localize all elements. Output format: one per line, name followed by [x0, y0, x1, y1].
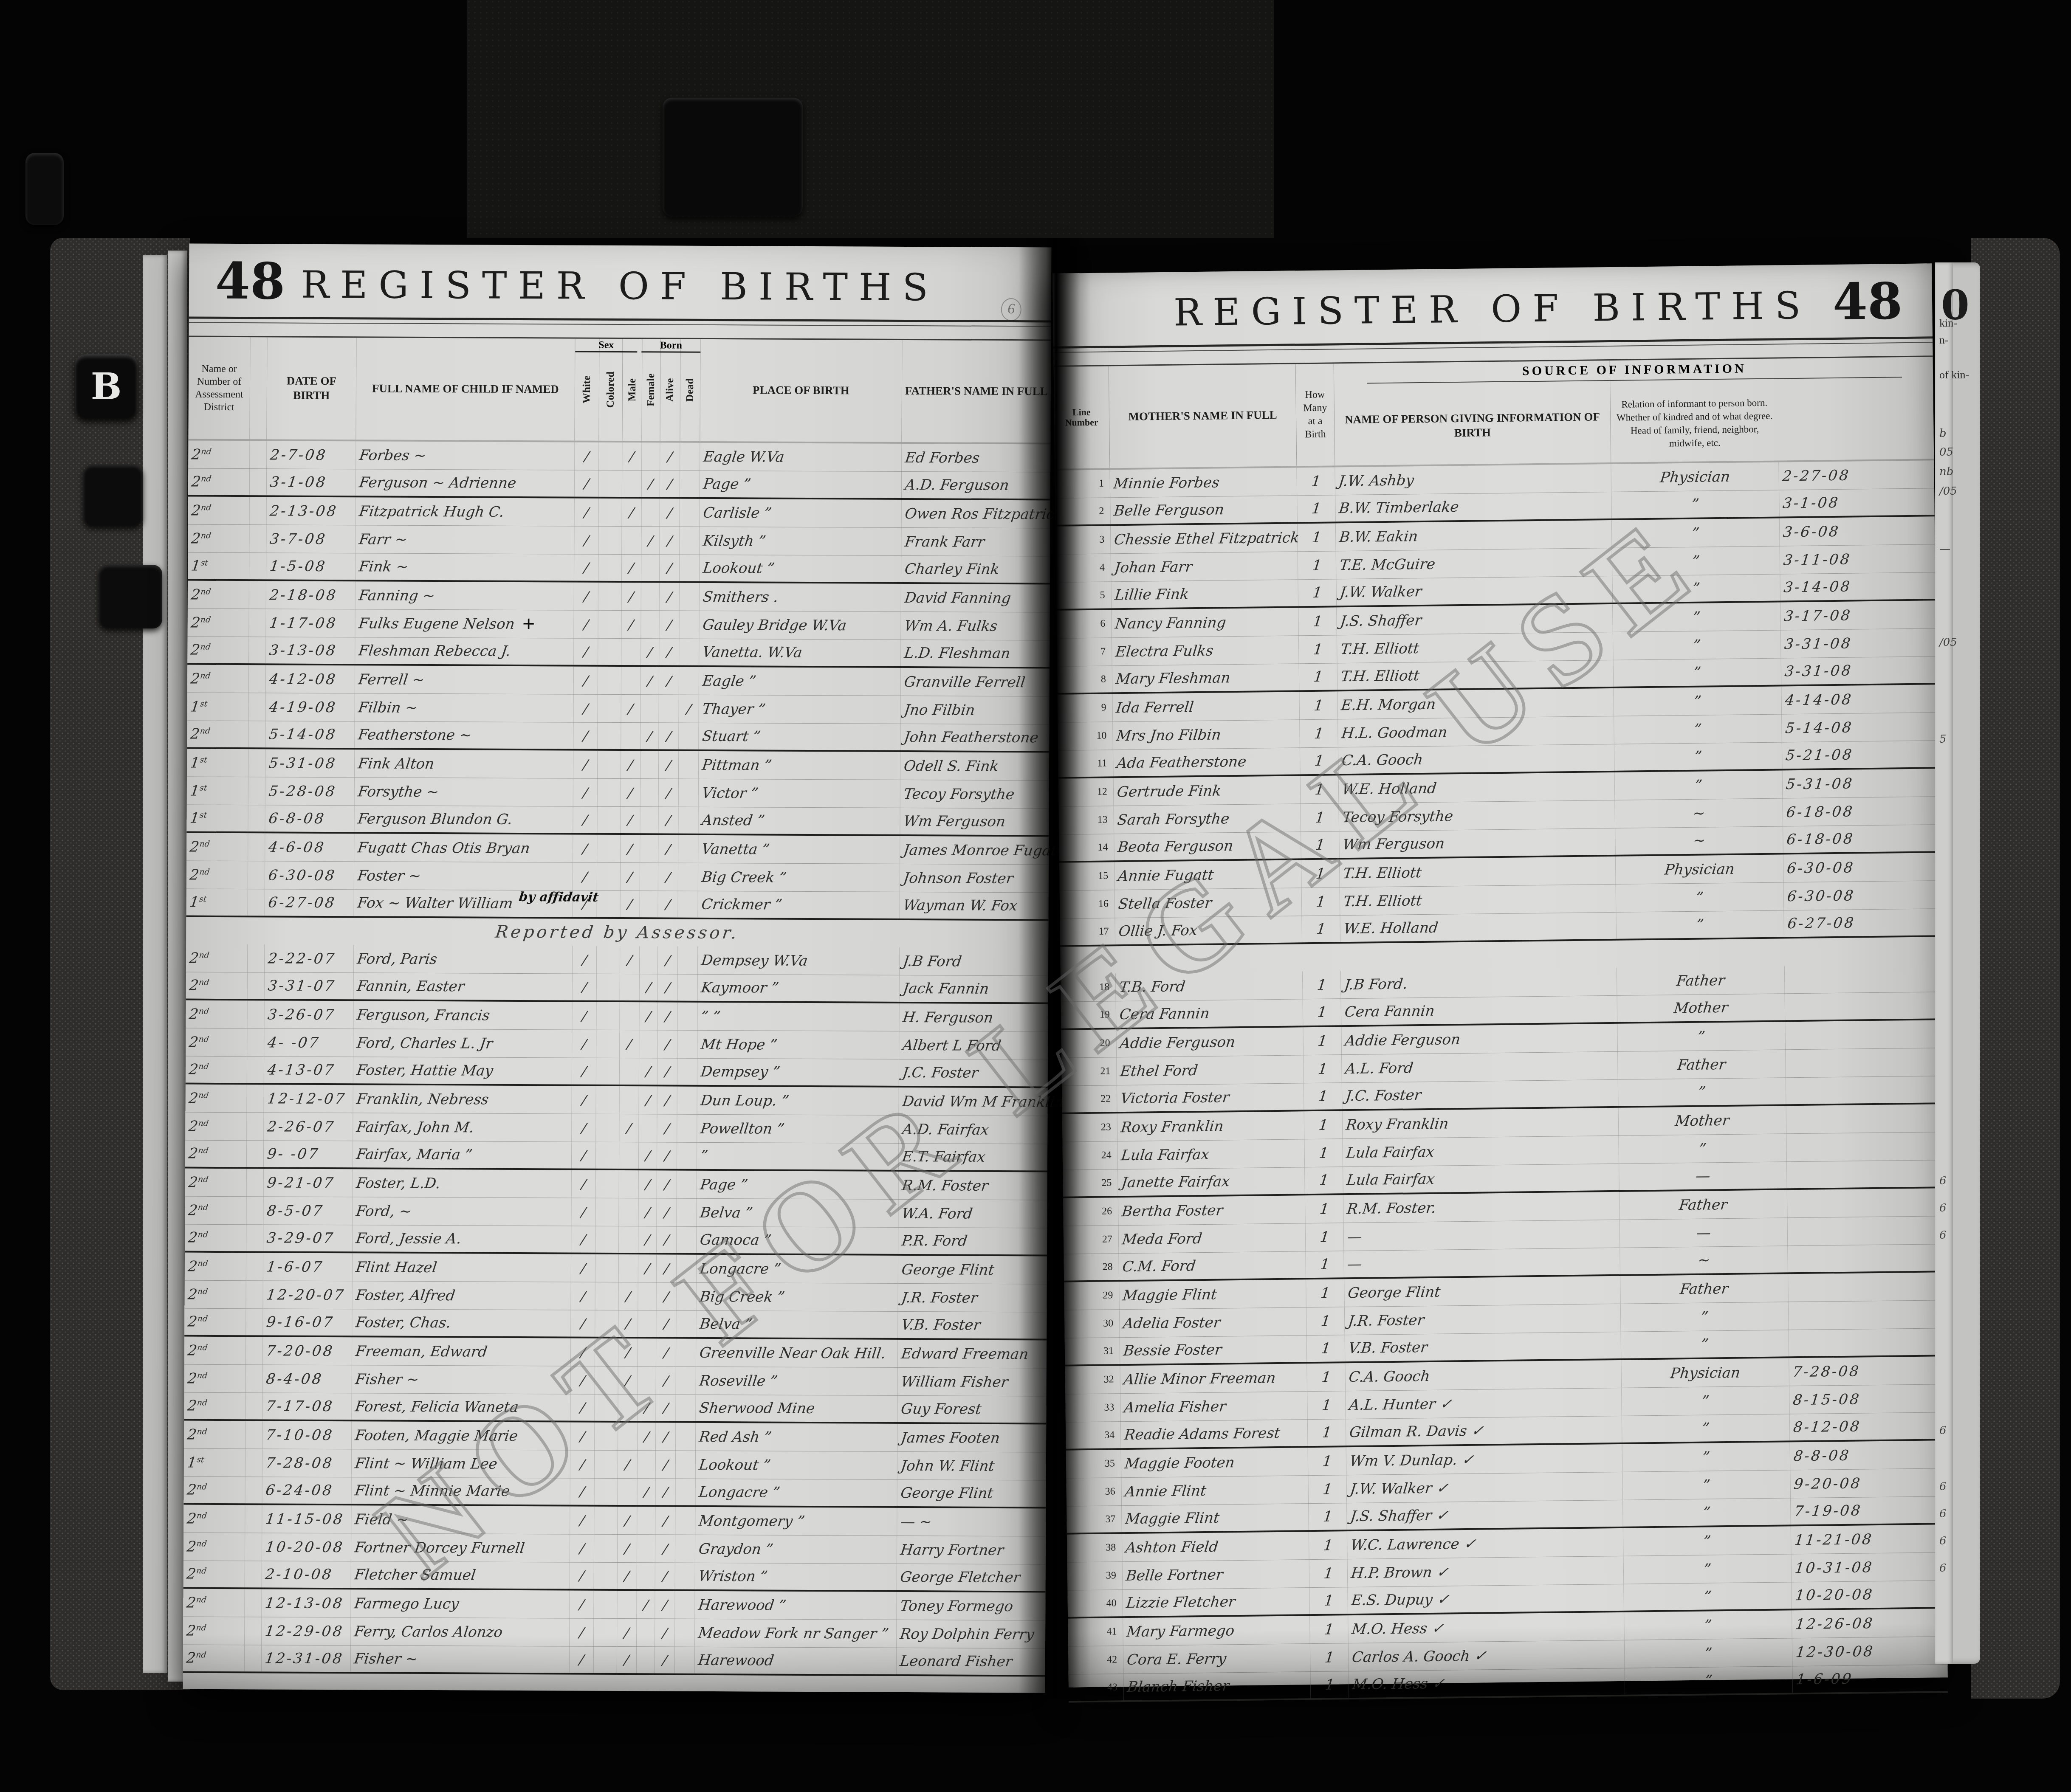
- district-spacer: [245, 1533, 262, 1561]
- district-spacer: [246, 1281, 263, 1308]
- relation-value: ”: [1624, 1610, 1792, 1640]
- white-tick: /: [571, 1254, 595, 1282]
- registration-date-value: [1786, 1048, 1941, 1077]
- female-tick: /: [637, 1591, 655, 1618]
- table-row: 2nd3-13-08Fleshman Rebecca J.///Vanetta.…: [187, 637, 1050, 669]
- alive-tick: /: [655, 1563, 675, 1589]
- dead-tick: [678, 947, 698, 974]
- relation-value: ~: [1615, 826, 1783, 854]
- book-headband: [663, 98, 803, 217]
- informant-name-value: E.H. Morgan: [1337, 688, 1614, 719]
- registration-date-value: 6-27-08: [1784, 909, 1939, 937]
- registration-date-value: 5-14-08: [1782, 713, 1937, 742]
- left-page-header: 48 REGISTER OF BIRTHS 6: [189, 244, 1052, 321]
- female-tick: /: [638, 1226, 657, 1253]
- dead-tick: [675, 1535, 695, 1563]
- right-register-rows: 1Minnie Forbes1J.W. AshbyPhysician2-27-0…: [1055, 460, 1948, 1702]
- district-value: 2nd: [188, 469, 250, 496]
- birth-date-value: 4-6-08: [265, 833, 354, 861]
- relation-value: Physician: [1611, 462, 1779, 491]
- district-value: 2nd: [185, 1253, 246, 1281]
- female-tick: /: [640, 974, 658, 1000]
- colored-tick: [595, 1451, 618, 1478]
- district-spacer: [247, 1000, 264, 1028]
- registration-date-value: [1787, 1160, 1942, 1188]
- child-name-value: Fox ~ Walter Williamby affidavit: [354, 890, 573, 917]
- colored-tick: [596, 1058, 620, 1085]
- alive-tick: /: [659, 779, 679, 806]
- table-row: 2nd12-31-08Fisher ~///HarewoodLeonard Fi…: [183, 1645, 1045, 1677]
- table-row: 2nd7-17-08Forest, Felicia Waneta///Sherw…: [184, 1393, 1046, 1425]
- ruled-divider: [189, 317, 1051, 341]
- index-tab: [99, 565, 162, 628]
- informant-name-value: Addie Ferguson: [1341, 1024, 1618, 1054]
- white-tick: /: [570, 1479, 594, 1505]
- district-spacer: [249, 637, 266, 663]
- district-value: 2nd: [186, 944, 248, 972]
- dead-tick: [677, 1115, 697, 1142]
- district-spacer: [247, 1057, 264, 1083]
- white-tick: /: [572, 1170, 596, 1198]
- edge-fragment-text: of kin-: [1939, 369, 1969, 381]
- birth-date-value: 7-10-08: [262, 1421, 352, 1449]
- female-tick: /: [639, 1142, 657, 1169]
- table-row: 2nd12-29-08Ferry, Carlos Alonzo///Meadow…: [183, 1617, 1045, 1649]
- edge-fragment-text: 6: [1939, 1202, 1947, 1214]
- mother-name-value: Johan Farr: [1111, 552, 1298, 581]
- colored-tick: [594, 1619, 617, 1646]
- colored-tick: [598, 723, 621, 749]
- mother-name-value: Mary Fleshman: [1112, 664, 1300, 692]
- mother-name-value: T.B. Ford: [1116, 971, 1303, 1001]
- colored-tick: [598, 695, 621, 722]
- alive-tick: /: [657, 1170, 677, 1198]
- white-tick: /: [575, 471, 599, 497]
- birth-date-value: 2-13-08: [267, 497, 356, 525]
- child-name-value: Ford, Paris: [354, 945, 573, 973]
- dead-tick: [675, 1507, 695, 1535]
- place-of-birth-value: Dun Loup. ”: [697, 1087, 899, 1115]
- place-of-birth-value: Page ”: [697, 1171, 899, 1199]
- relation-value: ”: [1619, 1134, 1787, 1163]
- male-tick: /: [622, 555, 641, 581]
- alive-tick: /: [658, 891, 678, 917]
- birth-date-value: 2-18-08: [266, 581, 356, 609]
- white-tick: /: [573, 807, 597, 833]
- informant-name-value: B.W. Eakin: [1336, 520, 1612, 551]
- district-value: 1st: [186, 889, 248, 916]
- registration-date-value: 3-14-08: [1780, 572, 1936, 600]
- district-spacer: [246, 1337, 263, 1364]
- colored-tick: [595, 1254, 619, 1282]
- colored-tick: [595, 1423, 618, 1450]
- relation-value: ”: [1611, 490, 1780, 518]
- child-name-value: Foster, Chas.: [352, 1309, 571, 1336]
- colored-tick: [599, 442, 622, 470]
- white-tick: /: [573, 723, 598, 749]
- child-name-value: Ford, ~: [353, 1197, 571, 1226]
- how-many-value: 1: [1304, 1111, 1343, 1139]
- birth-date-value: 1-6-07: [263, 1253, 353, 1281]
- district-value: 1st: [184, 1449, 245, 1477]
- child-name-value: Fairfax, Maria ”: [353, 1141, 572, 1168]
- white-tick: /: [570, 1507, 594, 1534]
- male-tick: /: [618, 1507, 637, 1534]
- how-many-value: 1: [1304, 1055, 1342, 1083]
- col-spacer: [250, 337, 267, 439]
- child-name-value: Fisher ~: [352, 1365, 571, 1394]
- mother-name-value: Cora E. Ferry: [1123, 1644, 1311, 1674]
- col-header-district: Name or Number of Assessment District: [188, 337, 250, 440]
- district-value: 2nd: [184, 1309, 246, 1336]
- dead-tick: [677, 1059, 697, 1085]
- place-of-birth-value: Crickmer ”: [698, 891, 900, 919]
- mother-name-value: Allie Minor Freeman: [1120, 1364, 1307, 1393]
- alive-tick: /: [657, 1002, 677, 1030]
- white-tick: /: [574, 583, 598, 610]
- relation-value: ~: [1620, 1246, 1788, 1274]
- edge-fragment-text: 6: [1939, 1229, 1947, 1242]
- informant-name-value: J.W. Walker: [1336, 576, 1613, 606]
- table-row: 2nd12-20-07Foster, Alfred///Big Creek ”J…: [184, 1281, 1047, 1313]
- informant-name-value: T.H. Elliott: [1337, 632, 1614, 663]
- relation-value: ”: [1617, 1022, 1786, 1051]
- colored-tick: [594, 1647, 617, 1673]
- female-tick: /: [639, 1086, 657, 1114]
- alive-tick: /: [660, 471, 680, 497]
- colored-tick: [594, 1563, 618, 1589]
- place-of-birth-value: Roseville ”: [696, 1367, 898, 1395]
- informant-name-value: H.L. Goodman: [1338, 716, 1614, 747]
- col-header-date: DATE OF BIRTH: [267, 337, 356, 440]
- registration-date-value: 6-18-08: [1783, 797, 1938, 826]
- female-tick: [640, 835, 658, 862]
- informant-name-value: —: [1344, 1248, 1620, 1277]
- dead-tick: [677, 1171, 697, 1198]
- district-spacer: [248, 889, 265, 916]
- informant-name-value: V.B. Foster: [1345, 1332, 1622, 1361]
- alive-tick: /: [657, 1030, 677, 1058]
- place-of-birth-value: Vanetta. W.Va: [699, 639, 901, 666]
- place-of-birth-value: Thayer ”: [699, 695, 901, 724]
- district-value: 2nd: [188, 441, 250, 469]
- district-spacer: [246, 1253, 263, 1280]
- male-tick: [622, 527, 641, 554]
- male-tick: [618, 1395, 638, 1421]
- district-value: 1st: [188, 553, 249, 580]
- registration-date-value: 6-30-08: [1783, 853, 1939, 882]
- birth-date-value: 7-28-08: [262, 1449, 352, 1477]
- white-tick: /: [573, 946, 597, 974]
- registration-date-value: 12-30-08: [1792, 1637, 1948, 1666]
- mother-name-value: Bertha Foster: [1118, 1195, 1306, 1225]
- table-row: 2nd5-14-08Featherstone ~///Stuart ”John …: [187, 721, 1049, 753]
- edge-fragment-text: 6: [1939, 1562, 1947, 1575]
- dead-tick: [675, 1479, 695, 1505]
- how-many-value: 1: [1300, 719, 1338, 747]
- child-name-value: Fulks Eugene Nelson+: [355, 609, 574, 638]
- informant-name-value: M.O. Hess ✓: [1348, 1612, 1625, 1643]
- register-right-page: REGISTER OF BIRTHS 48 Line Number MOTHER…: [1052, 263, 1948, 1687]
- child-name-value: Ferry, Carlos Alonzo: [351, 1617, 570, 1646]
- col-header-mother: MOTHER'S NAME IN FULL: [1109, 364, 1297, 468]
- alive-tick: /: [659, 611, 679, 638]
- district-value: 2nd: [186, 1085, 247, 1113]
- male-tick: [618, 1479, 637, 1505]
- alive-tick: /: [658, 807, 678, 833]
- alive-tick: /: [655, 1619, 675, 1646]
- how-many-value: 1: [1297, 467, 1335, 495]
- registration-date-value: 8-12-08: [1790, 1412, 1945, 1440]
- informant-name-value: —: [1344, 1220, 1620, 1251]
- relation-value: ”: [1614, 658, 1782, 686]
- relation-value: ”: [1616, 910, 1784, 938]
- informant-name-value: J.S. Shaffer ✓: [1347, 1500, 1623, 1530]
- relation-value: ”: [1622, 1414, 1790, 1442]
- edge-fragment-text: 6: [1939, 1175, 1947, 1187]
- child-name-value: Filbin ~: [355, 693, 574, 722]
- informant-name-value: R.M. Foster.: [1343, 1192, 1620, 1223]
- table-row: 2nd2-22-07Ford, Paris///Dempsey W.VaJ.B …: [186, 944, 1048, 976]
- table-row: 2nd12-13-08Farmego Lucy///Harewood ”Tone…: [183, 1589, 1045, 1621]
- dead-tick: [679, 639, 699, 665]
- colored-tick: [595, 1310, 618, 1337]
- relation-value: ”: [1625, 1666, 1793, 1694]
- alive-tick: /: [658, 946, 678, 974]
- informant-name-value: J.B Ford.: [1341, 968, 1617, 998]
- edge-fragment-text: 05: [1939, 446, 1953, 459]
- how-many-value: 1: [1311, 1671, 1349, 1698]
- table-row: 1st7-28-08Flint ~ William Lee///Lookout …: [184, 1449, 1046, 1481]
- table-row: 2nd4-6-08Fugatt Chas Otis Bryan///Vanett…: [186, 833, 1049, 865]
- district-value: 1st: [187, 749, 248, 777]
- relation-value: ”: [1622, 1386, 1790, 1415]
- how-many-value: 1: [1303, 1027, 1342, 1055]
- index-tab-letter-b: B: [75, 354, 138, 419]
- informant-name-value: T.E. McGuire: [1336, 548, 1613, 579]
- how-many-value: 1: [1310, 1615, 1349, 1643]
- relation-value: ”: [1615, 770, 1783, 800]
- dead-tick: [677, 1003, 697, 1030]
- female-tick: [639, 1114, 657, 1142]
- child-name-value: Forest, Felicia Waneta: [352, 1393, 570, 1420]
- table-row: 2nd2-26-07Fairfax, John M.///Powellton ”…: [185, 1113, 1047, 1144]
- white-tick: /: [574, 555, 598, 581]
- colored-tick: [598, 751, 621, 778]
- informant-name-value: Wm V. Dunlap. ✓: [1346, 1444, 1623, 1475]
- table-row: 2nd8-5-07Ford, ~///Belva ”W.A. Ford: [185, 1197, 1047, 1228]
- male-tick: [622, 471, 642, 497]
- relation-value: ”: [1612, 574, 1780, 602]
- registration-date-value: 3-31-08: [1781, 657, 1937, 685]
- birth-date-value: 12-13-08: [262, 1589, 351, 1617]
- relation-value: Father: [1618, 1050, 1786, 1079]
- book-spine-cloth-top: [467, 0, 1274, 238]
- male-tick: /: [619, 1114, 639, 1142]
- birth-date-value: 12-20-07: [263, 1281, 352, 1309]
- birth-date-value: 12-31-08: [262, 1645, 351, 1672]
- mother-name-value: Nancy Fanning: [1112, 608, 1299, 637]
- informant-name-value: W.E. Holland: [1339, 772, 1615, 803]
- female-tick: [640, 891, 658, 917]
- table-row: 2nd1-17-08Fulks Eugene Nelson+///Gauley …: [187, 609, 1050, 641]
- mother-name-value: Maggie Flint: [1122, 1504, 1309, 1532]
- registration-date-value: [1788, 1216, 1943, 1245]
- relation-value: Father: [1620, 1274, 1789, 1303]
- dead-tick: [677, 1255, 697, 1282]
- alive-tick: /: [655, 1507, 675, 1534]
- white-tick: /: [570, 1535, 594, 1562]
- white-tick: /: [575, 499, 599, 526]
- child-name-value: Ford, Charles L. Jr: [353, 1029, 572, 1057]
- white-tick: /: [571, 1282, 595, 1310]
- registration-date-value: 5-21-08: [1782, 741, 1938, 769]
- table-row: 2nd3-26-07Ferguson, Francis///” ”H. Ferg…: [186, 1000, 1048, 1032]
- male-tick: [619, 1198, 638, 1226]
- table-row: 1st6-8-08Ferguson Blundon G.///Ansted ”W…: [186, 805, 1049, 837]
- place-of-birth-value: Pittman ”: [699, 751, 900, 780]
- how-many-value: 1: [1306, 1307, 1345, 1335]
- child-name-value: Ferguson, Francis: [353, 1001, 572, 1029]
- dead-tick: [676, 1283, 696, 1310]
- district-spacer: [248, 749, 265, 777]
- mother-name-value: Beota Ferguson: [1114, 832, 1301, 860]
- informant-name-value: J.W. Ashby: [1335, 464, 1611, 495]
- how-many-value: 1: [1309, 1587, 1348, 1614]
- how-many-value: 1: [1309, 1531, 1348, 1559]
- table-row: 2nd3-29-07Ford, Jessie A.///Gamoca ”P.R.…: [185, 1225, 1047, 1257]
- mother-name-value: Readie Adams Forest: [1121, 1420, 1308, 1448]
- birth-date-value: 6-8-08: [265, 805, 354, 832]
- how-many-value: 1: [1301, 803, 1339, 831]
- alive-tick: /: [656, 1395, 676, 1421]
- male-tick: /: [622, 499, 642, 526]
- colored-tick: [598, 527, 622, 554]
- female-tick: [641, 695, 659, 722]
- edge-fragment-text: 6: [1939, 1480, 1947, 1493]
- white-tick: /: [573, 779, 598, 806]
- informant-name-value: Gilman R. Davis ✓: [1346, 1416, 1622, 1445]
- dead-tick: [680, 555, 700, 581]
- child-name-value: Fanning ~: [356, 581, 574, 610]
- female-tick: [641, 555, 660, 581]
- male-tick: /: [622, 442, 642, 470]
- table-row: 2nd2-13-08Fitzpatrick Hugh C.///Carlisle…: [188, 497, 1050, 529]
- table-row: 1st6-27-08Fox ~ Walter Williamby affidav…: [186, 889, 1049, 921]
- informant-name-value: A.L. Ford: [1342, 1052, 1618, 1082]
- female-tick: /: [642, 471, 660, 497]
- white-tick: /: [572, 1058, 596, 1085]
- district-spacer: [248, 861, 265, 889]
- place-of-birth-value: Carlisle ”: [700, 499, 902, 527]
- mother-name-value: Stella Foster: [1115, 888, 1302, 918]
- district-value: 2nd: [185, 1113, 247, 1141]
- alive-tick: /: [660, 583, 680, 610]
- district-value: 2nd: [183, 1645, 245, 1672]
- how-many-value: 1: [1308, 1475, 1347, 1503]
- how-many-value: 1: [1308, 1419, 1346, 1446]
- white-tick: /: [574, 639, 598, 665]
- birth-date-value: 3-7-08: [266, 525, 356, 553]
- relation-value: ”: [1612, 546, 1780, 575]
- how-many-value: 1: [1297, 495, 1336, 522]
- registration-date-value: [1789, 1300, 1944, 1330]
- birth-date-value: 9-16-07: [263, 1309, 352, 1336]
- white-tick: /: [572, 1002, 596, 1030]
- edge-fragment-text: n-: [1939, 334, 1949, 347]
- alive-tick: /: [657, 1254, 677, 1282]
- registration-date-value: 10-31-08: [1792, 1553, 1947, 1582]
- informant-name-value: T.H. Elliott: [1340, 857, 1616, 887]
- col-header-male: Male: [622, 339, 642, 441]
- district-value: 2nd: [188, 525, 249, 553]
- registration-date-value: 5-31-08: [1783, 769, 1938, 798]
- white-tick: /: [574, 611, 598, 638]
- colored-tick: [597, 974, 620, 1000]
- white-tick: /: [570, 1591, 594, 1618]
- registration-date-value: [1787, 1188, 1943, 1217]
- male-tick: [621, 667, 641, 694]
- col-header-colored: Colored: [599, 339, 623, 441]
- registration-date-value: [1785, 1020, 1941, 1049]
- relation-value: ”: [1614, 686, 1782, 716]
- district-spacer: [246, 1225, 263, 1251]
- white-tick: /: [571, 1310, 595, 1337]
- index-tab: [83, 465, 143, 527]
- colored-tick: [594, 1479, 618, 1505]
- place-of-birth-value: Smithers .: [700, 583, 901, 611]
- mother-name-value: Ashton Field: [1122, 1532, 1309, 1561]
- male-tick: [619, 1254, 638, 1282]
- district-spacer: [248, 721, 265, 747]
- district-spacer: [248, 777, 265, 805]
- table-row: 2nd9-16-07Foster, Chas.///Belva ”V.B. Fo…: [184, 1309, 1047, 1341]
- mother-name-value: Lula Fairfax: [1117, 1139, 1305, 1169]
- page-edge-sliver: [143, 255, 167, 1673]
- birth-date-value: 2-10-08: [262, 1561, 351, 1588]
- birth-date-value: 3-29-07: [263, 1225, 353, 1251]
- female-tick: [637, 1563, 655, 1589]
- how-many-value: 1: [1306, 1223, 1344, 1251]
- place-of-birth-value: Powellton ”: [697, 1115, 899, 1143]
- district-value: 2nd: [183, 1561, 245, 1588]
- district-spacer: [246, 1365, 263, 1392]
- mother-name-value: Roxy Franklin: [1117, 1111, 1305, 1141]
- white-tick: /: [571, 1338, 595, 1366]
- table-row: 1st4-19-08Filbin ~///Thayer ”Jno Filbin: [187, 693, 1050, 725]
- mother-name-value: Meda Ford: [1119, 1223, 1306, 1253]
- child-name-value: Fleshman Rebecca J.: [355, 637, 574, 665]
- child-name-value: Fortner Dorcey Furnell: [351, 1533, 570, 1562]
- dead-tick: [678, 863, 698, 891]
- relation-value: Mother: [1619, 1106, 1787, 1135]
- birth-date-value: 12-12-07: [264, 1085, 353, 1113]
- male-tick: /: [617, 1619, 637, 1646]
- place-of-birth-value: Vanetta ”: [698, 835, 900, 864]
- place-of-birth-value: ” ”: [697, 1003, 899, 1031]
- birth-date-value: 4-19-08: [266, 693, 355, 721]
- alive-tick: /: [659, 667, 679, 694]
- district-value: 1st: [186, 805, 248, 832]
- female-tick: [638, 1451, 656, 1478]
- birth-date-value: 8-4-08: [263, 1365, 352, 1393]
- how-many-value: 1: [1298, 523, 1336, 551]
- col-header-place: PLACE OF BIRTH: [700, 339, 902, 442]
- child-name-value: Flint Hazel: [353, 1253, 571, 1282]
- female-tick: /: [637, 1479, 655, 1505]
- female-tick: /: [641, 667, 659, 694]
- dead-tick: [677, 1087, 697, 1114]
